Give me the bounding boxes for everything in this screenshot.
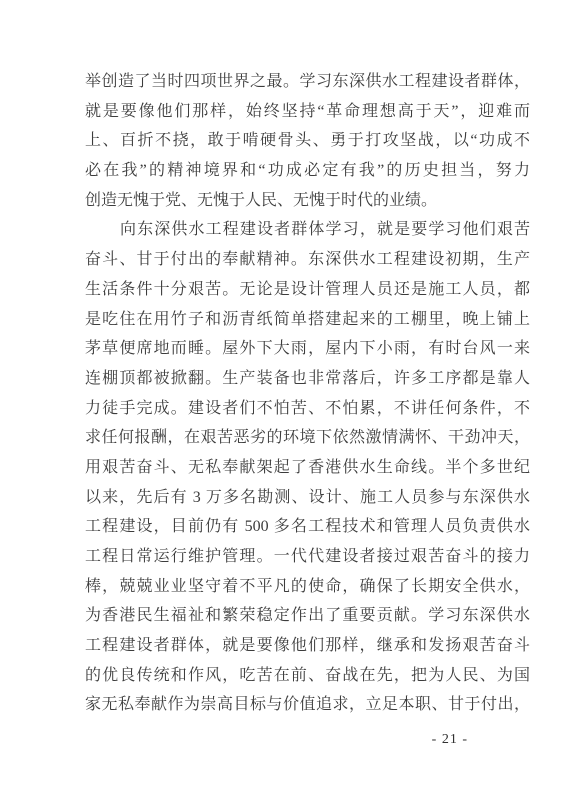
text-line: 必在我”的精神境界和“功成必定有我”的历史担当，努力 [85,156,530,186]
text-line: 用艰苦奋斗、无私奉献架起了香港供水生命线。半个多世纪 [85,453,530,483]
text-line: 举创造了当时四项世界之最。学习东深供水工程建设者群体， [85,67,530,97]
text-line: 家无私奉献作为崇高目标与价值追求，立足本职、甘于付出， [85,690,530,720]
text-line: 连棚顶都被掀翻。生产装备也非常落后，许多工序都是靠人 [85,364,530,394]
text-line: 力徒手完成。建设者们不怕苦、不怕累，不讲任何条件，不 [85,394,530,424]
text-line: 工程日常运行维护管理。一代代建设者接过艰苦奋斗的接力 [85,542,530,572]
text-line: 是吃住在用竹子和沥青纸简单搭建起来的工棚里，晚上铺上 [85,305,530,335]
document-page: 举创造了当时四项世界之最。学习东深供水工程建设者群体，就是要像他们那样，始终坚持… [0,0,565,800]
page-number: - 21 - [432,732,468,748]
text-line: 棒，兢兢业业坚守着不平凡的使命，确保了长期安全供水， [85,572,530,602]
text-line: 向东深供水工程建设者群体学习，就是要学习他们艰苦 [85,215,530,245]
text-line: 生活条件十分艰苦。无论是设计管理人员还是施工人员，都 [85,275,530,305]
text-line: 工程建设，目前仍有 500 多名工程技术和管理人员负责供水 [85,512,530,542]
text-line: 以来，先后有 3 万多名勘测、设计、施工人员参与东深供水 [85,483,530,513]
paragraph: 向东深供水工程建设者群体学习，就是要学习他们艰苦奋斗、甘于付出的奉献精神。东深供… [85,215,530,720]
text-line: 创造无愧于党、无愧于人民、无愧于时代的业绩。 [85,186,530,216]
text-line: 求任何报酬，在艰苦恶劣的环境下依然激情满怀、干劲冲天， [85,423,530,453]
text-line: 上、百折不挠，敢于啃硬骨头、勇于打攻坚战，以“功成不 [85,126,530,156]
text-line: 奋斗、甘于付出的奉献精神。东深供水工程建设初期，生产 [85,245,530,275]
document-body: 举创造了当时四项世界之最。学习东深供水工程建设者群体，就是要像他们那样，始终坚持… [85,67,530,720]
paragraph: 举创造了当时四项世界之最。学习东深供水工程建设者群体，就是要像他们那样，始终坚持… [85,67,530,215]
text-line: 工程建设者群体，就是要像他们那样，继承和发扬艰苦奋斗 [85,631,530,661]
text-line: 就是要像他们那样，始终坚持“革命理想高于天”，迎难而 [85,97,530,127]
text-line: 茅草便席地而睡。屋外下大雨，屋内下小雨，有时台风一来 [85,334,530,364]
text-line: 的优良传统和作风，吃苦在前、奋战在先，把为人民、为国 [85,661,530,691]
text-line: 为香港民生福祉和繁荣稳定作出了重要贡献。学习东深供水 [85,601,530,631]
